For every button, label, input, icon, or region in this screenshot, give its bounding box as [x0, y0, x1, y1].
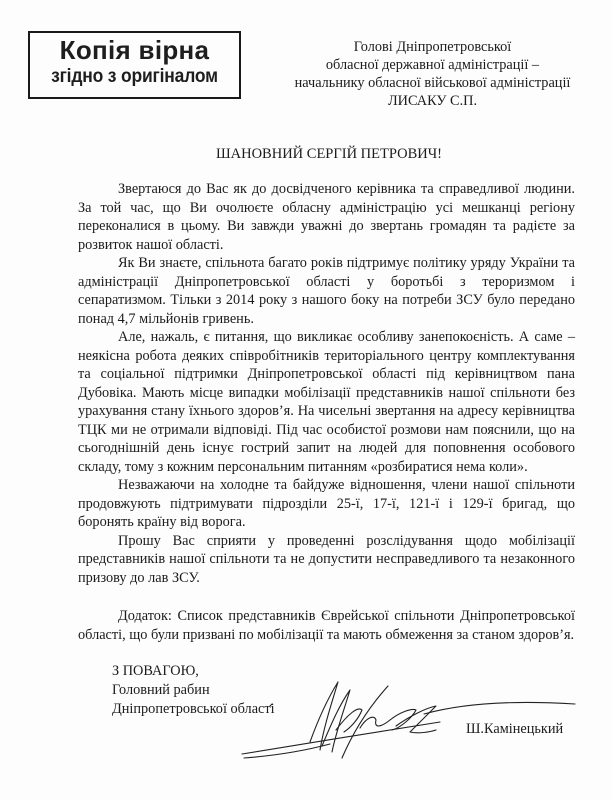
letter-body: Звертаюся до Вас як до досвідченого кері…: [78, 180, 575, 644]
addressee-line: Голові Дніпропетровської: [280, 38, 585, 56]
body-paragraph: Як Ви знаєте, спільнота багато років під…: [78, 254, 575, 328]
body-paragraph: Звертаюся до Вас як до досвідченого кері…: [78, 180, 575, 254]
addressee-line: обласної державної адміністрації –: [280, 56, 585, 74]
signer-name: Ш.Камінецький: [466, 720, 563, 738]
addressee-line: ЛИСАКУ С.П.: [280, 92, 585, 110]
letter-page: Копія вірна згідно з оригіналом Голові Д…: [0, 0, 612, 800]
attachment-note: Додаток: Список представників Єврейської…: [78, 607, 575, 644]
body-paragraph: Але, нажаль, є питання, що викликає особ…: [78, 328, 575, 476]
addressee-line: начальнику обласної військової адміністр…: [280, 74, 585, 92]
addressee-block: Голові Дніпропетровської обласної держав…: [280, 38, 585, 110]
body-paragraph: Незважаючи на холодне та байдуже відноше…: [78, 476, 575, 532]
copy-certified-stamp: Копія вірна згідно з оригіналом: [28, 31, 241, 99]
stamp-line-2: згідно з оригіналом: [38, 64, 230, 90]
body-paragraph: Прошу Вас сприяти у проведенні розслідув…: [78, 532, 575, 588]
stamp-line-1: Копія вірна: [30, 36, 239, 64]
salutation: ШАНОВНИЙ СЕРГІЙ ПЕТРОВИЧ!: [0, 145, 612, 163]
